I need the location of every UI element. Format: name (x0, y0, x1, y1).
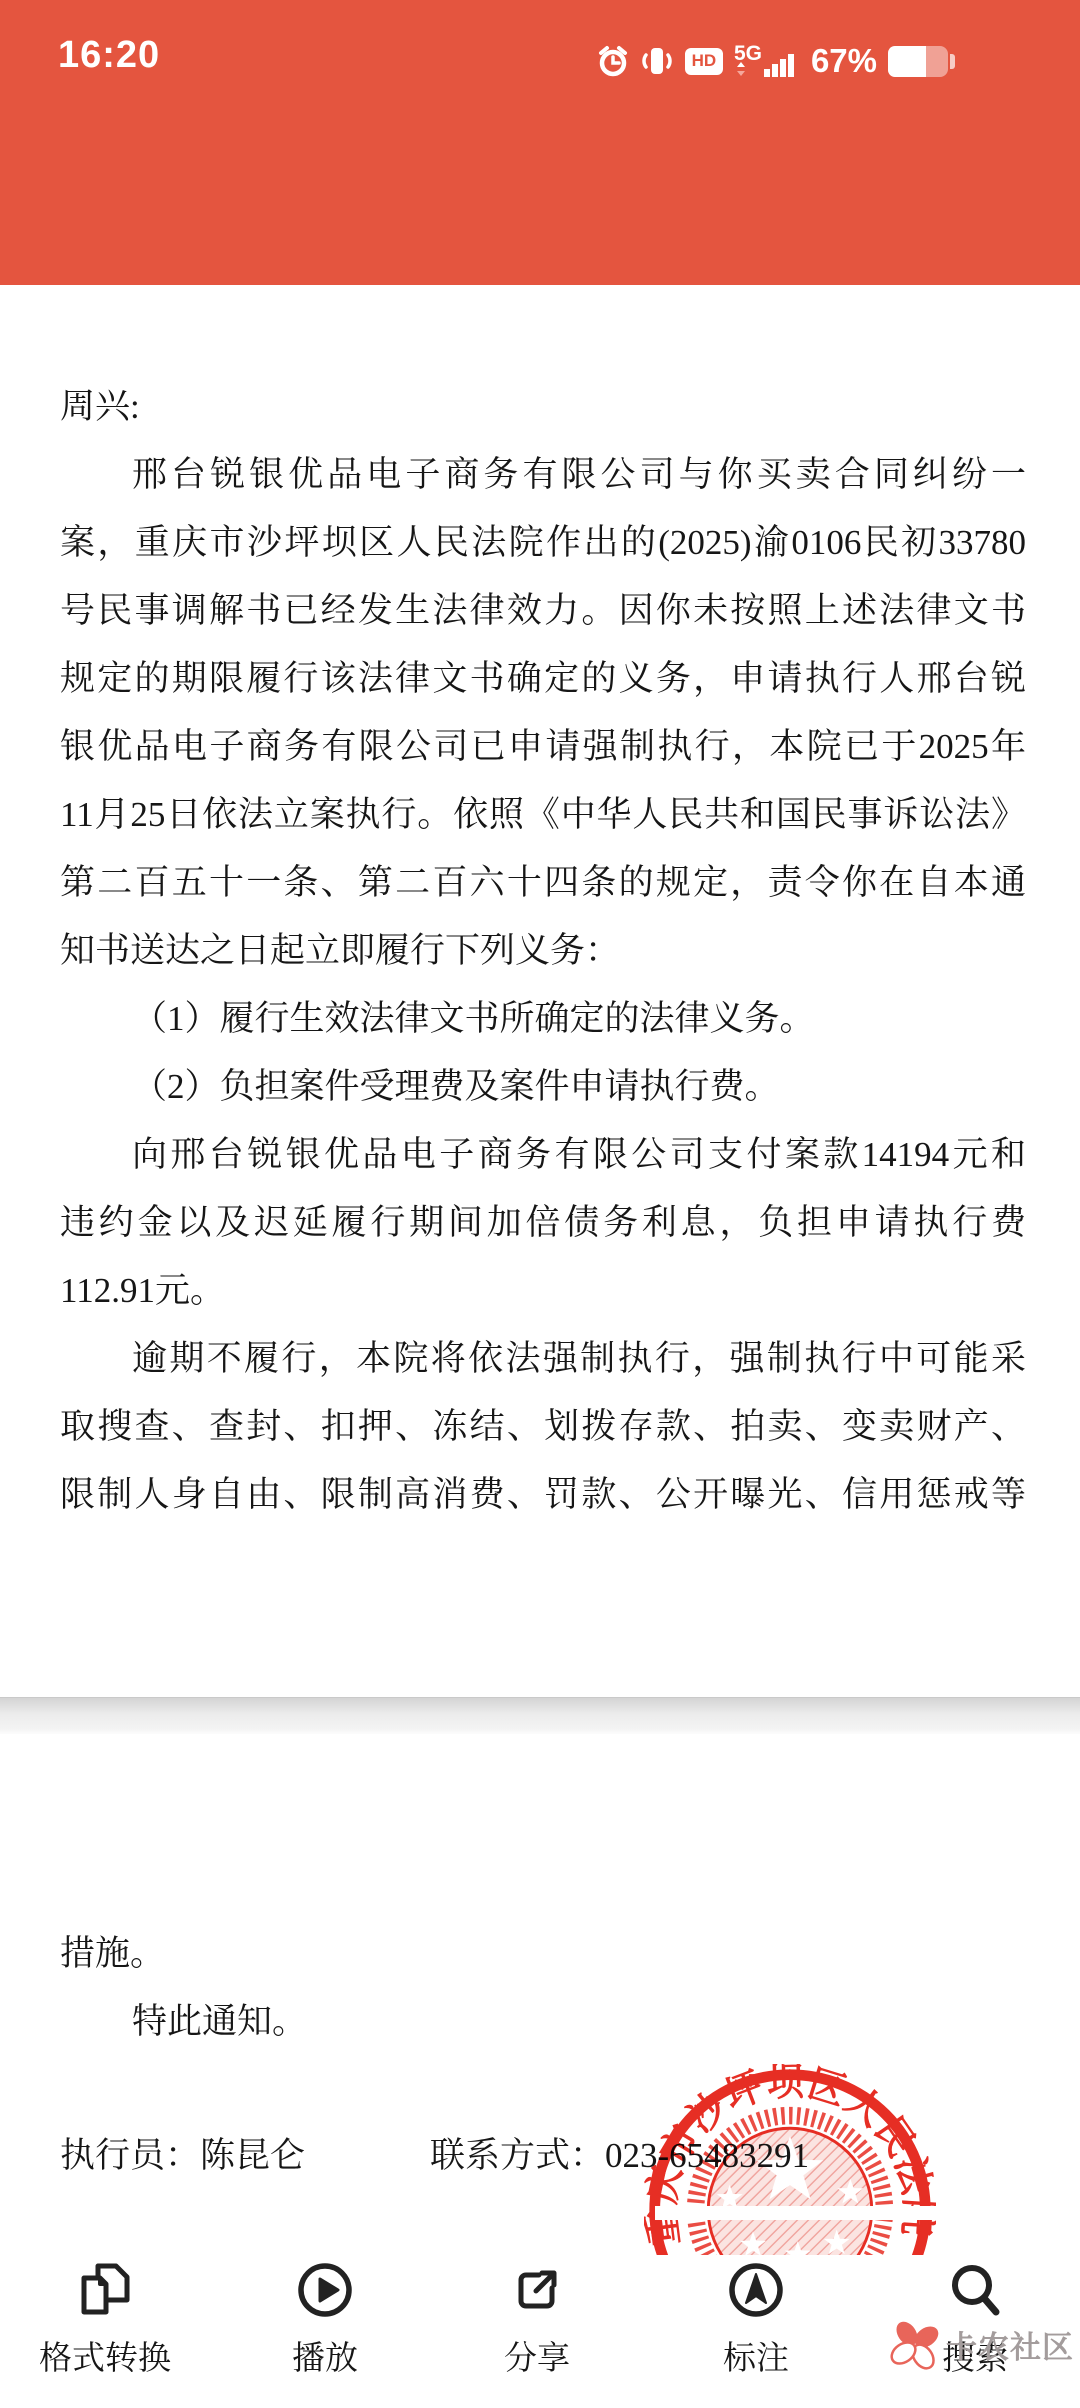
page-separator (0, 1697, 1080, 1734)
document-body: 周兴:邢台锐银优品电子商务有限公司与你买卖合同纠纷一案，重庆市沙坪坝区人民法院作… (60, 373, 1026, 1529)
watermark-logo-icon (888, 2316, 942, 2374)
doc-line: 112.91元。 (60, 1257, 1026, 1325)
toolbar-label: 格式转换 (25, 2332, 185, 2379)
share-icon (509, 2262, 565, 2318)
toolbar-item-share[interactable]: 分享 (457, 2262, 617, 2379)
hd-label: HD (692, 51, 717, 71)
status-time: 16:20 (58, 34, 160, 77)
document-body-2: 措施。特此通知。 (60, 1920, 1026, 2056)
screen: 16:20 HD 5G (0, 0, 1080, 2408)
toolbar-item-annotate[interactable]: 标注 (676, 2262, 836, 2379)
toolbar-label: 播放 (245, 2332, 405, 2379)
battery-nub (950, 54, 955, 69)
watermark-text: 卡农社区 (946, 2322, 1074, 2367)
nav-bar: 执行通知书 (0, 150, 1080, 285)
doc-line: 银优品电子商务有限公司已申请强制执行，本院已于2025年 (60, 713, 1026, 781)
toolbar-label: 分享 (457, 2332, 617, 2379)
battery-fill (888, 46, 926, 77)
status-icons: HD 5G 67% (597, 42, 948, 80)
battery-percent: 67% (811, 42, 877, 80)
doc-line: 违约金以及迟延履行期间加倍债务利息，负担申请执行费 (60, 1189, 1026, 1257)
doc-line: 取搜查、查封、扣押、冻结、划拨存款、拍卖、变卖财产、 (60, 1393, 1026, 1461)
doc-line: （2）负担案件受理费及案件申请执行费。 (60, 1053, 1026, 1121)
doc-line: 特此通知。 (60, 1988, 1026, 2056)
toolbar-item-format-convert[interactable]: 格式转换 (25, 2262, 185, 2379)
annotate-icon (728, 2262, 784, 2318)
alarm-icon (597, 44, 629, 78)
executor-name: 执行员：陈昆仑 (60, 2122, 305, 2190)
doc-line: 周兴: (60, 373, 1026, 441)
svg-text:5G: 5G (734, 43, 762, 65)
doc-line: 规定的期限履行该法律文书确定的义务，申请执行人邢台锐 (60, 645, 1026, 713)
doc-line: 限制人身自由、限制高消费、罚款、公开曝光、信用惩戒等 (60, 1461, 1026, 1529)
battery-icon (888, 46, 948, 77)
doc-line: 案，重庆市沙坪坝区人民法院作出的(2025)渝0106民初33780 (60, 509, 1026, 577)
doc-line: 号民事调解书已经发生法律效力。因你未按照上述法律文书 (60, 577, 1026, 645)
format-convert-icon (76, 2262, 134, 2318)
search-icon (947, 2262, 1003, 2318)
vibrate-icon (640, 44, 674, 78)
doc-line: 邢台锐银优品电子商务有限公司与你买卖合同纠纷一 (60, 441, 1026, 509)
play-icon (297, 2262, 353, 2318)
watermark: 卡农社区 (888, 2316, 1074, 2374)
toolbar-item-play[interactable]: 播放 (245, 2262, 405, 2379)
hd-badge: HD (685, 48, 723, 75)
court-seal: 重庆市沙坪坝区人民法院 (644, 2064, 936, 2255)
signal-5g-icon: 5G (734, 43, 800, 79)
doc-line: 11月25日依法立案执行。依照《中华人民共和国民事诉讼法》 (60, 781, 1026, 849)
status-bar: 16:20 HD 5G (0, 0, 1080, 90)
doc-line: 第二百五十一条、第二百六十四条的规定，责令你在自本通 (60, 849, 1026, 917)
doc-line: 逾期不履行，本院将依法强制执行，强制执行中可能采 (60, 1325, 1026, 1393)
doc-line: 措施。 (60, 1920, 1026, 1988)
toolbar-label: 标注 (676, 2332, 836, 2379)
doc-line: （1）履行生效法律文书所确定的法律义务。 (60, 985, 1026, 1053)
document-page-1[interactable]: 周兴:邢台锐银优品电子商务有限公司与你买卖合同纠纷一案，重庆市沙坪坝区人民法院作… (0, 285, 1080, 1697)
doc-line: 向邢台锐银优品电子商务有限公司支付案款14194元和 (60, 1121, 1026, 1189)
seal-clip-stripe (655, 2206, 1080, 2220)
doc-line: 知书送达之日起立即履行下列义务： (60, 917, 1026, 985)
